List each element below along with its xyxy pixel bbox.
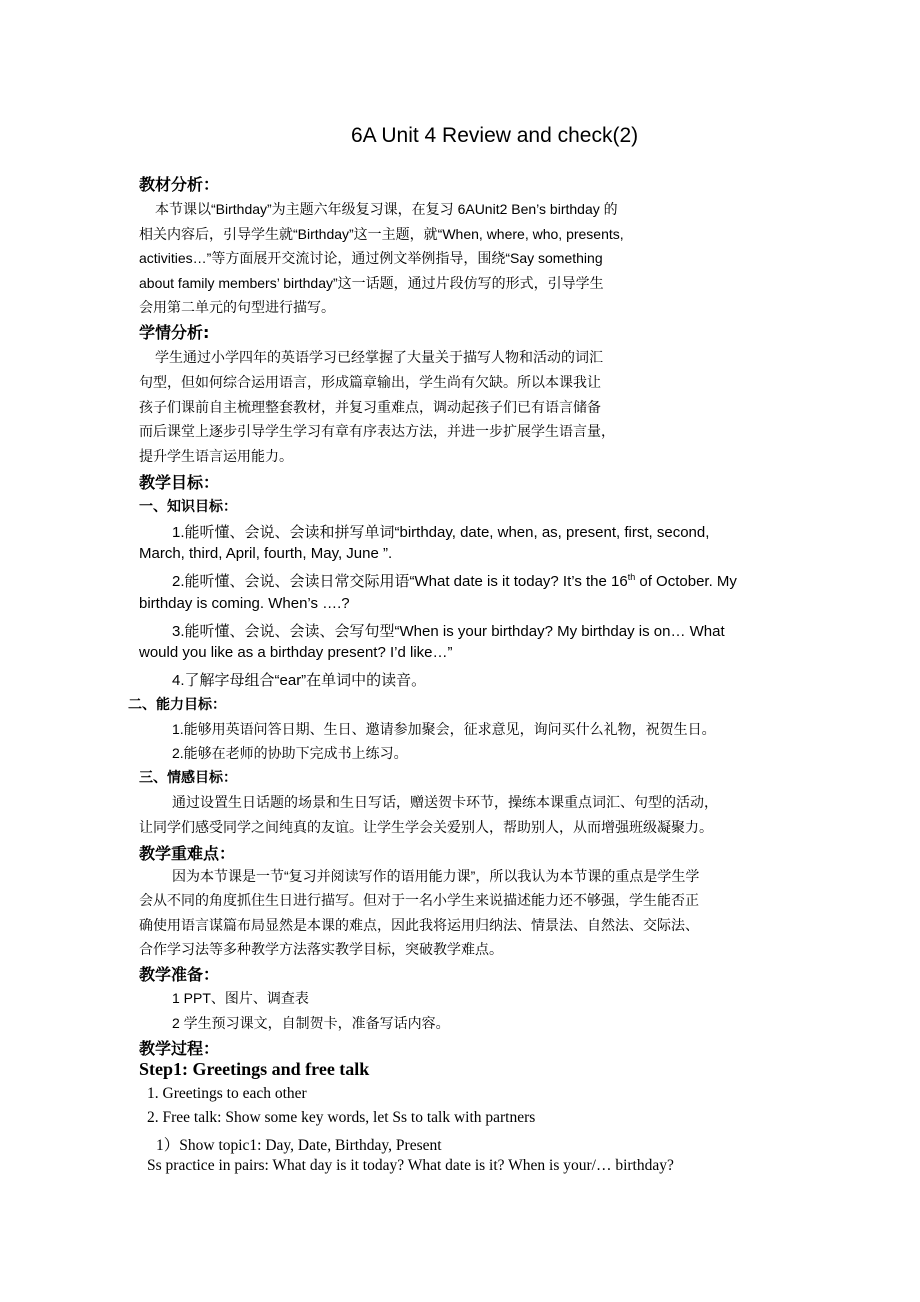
material-analysis-line: 相关内容后，引导学生就“Birthday”这一主题，就“When, where,… [139,224,624,244]
student-analysis-line: 提升学生语言运用能力。 [139,446,293,466]
step1-heading: Step1: Greetings and free talk [139,1059,369,1080]
teaching-goals-heading: 教学目标： [139,470,219,493]
emotion-line: 通过设置生日话题的场景和生日写话，赠送贺卡环节，操练本课重点词汇、句型的活动， [172,792,718,812]
emotion-line: 让同学们感受同学之间纯真的友谊。让学生学会关爱别人，帮助别人，从而增强班级凝聚力… [139,817,713,837]
knowledge-item-1-line2: March, third, April, fourth, May, June ”… [139,545,392,562]
student-analysis-line: 而后课堂上逐步引导学生学习有章有序表达方法，并进一步扩展学生语言量， [139,421,615,441]
document-title: 6A Unit 4 Review and check(2) [351,124,638,148]
step1-line: 2. Free talk: Show some key words, let S… [147,1109,535,1127]
preparation-item: 2 学生预习课文，自制贺卡，准备写话内容。 [172,1013,450,1033]
process-heading: 教学过程： [139,1036,219,1059]
student-analysis-line: 学生通过小学四年的英语学习已经掌握了大量关于描写人物和活动的词汇 [155,347,603,367]
ability-item: 2.能够在老师的协助下完成书上练习。 [172,743,408,763]
preparation-heading: 教学准备： [139,962,219,985]
knowledge-item-2-post: of October. My [635,573,737,590]
key-points-heading: 教学重难点： [139,841,235,864]
preparation-item: 1 PPT、图片、调查表 [172,988,309,1008]
knowledge-item-3-line1: 3.能听懂、会说、会读、会写句型“When is your birthday? … [172,620,725,641]
knowledge-item-2-pre: 2.能听懂、会说、会读日常交际用语“What date is it today?… [172,573,628,590]
knowledge-item-4: 4.了解字母组合“ear”在单词中的读音。 [172,669,426,690]
knowledge-item-1-line1: 1.能听懂、会说、会读和拼写单词“birthday, date, when, a… [172,521,709,542]
material-analysis-line: activities…”等方面展开交流讨论，通过例文举例指导，围绕“Say so… [139,248,603,268]
document-page: 6A Unit 4 Review and check(2) 教材分析： 本节课以… [0,0,920,1302]
knowledge-item-3-line2: would you like as a birthday present? I’… [139,644,453,661]
material-analysis-line: 会用第二单元的句型进行描写。 [139,297,335,317]
knowledge-item-2-line2: birthday is coming. When’s ….? [139,595,350,612]
step1-line: Ss practice in pairs: What day is it tod… [147,1157,674,1175]
ability-item: 1.能够用英语问答日期、生日、邀请参加聚会，征求意见，询问买什么礼物，祝贺生日。 [172,719,716,739]
step1-line: 1）Show topic1: Day, Date, Birthday, Pres… [156,1133,442,1155]
knowledge-goals-heading: 一、知识目标： [139,496,237,516]
key-points-line: 合作学习法等多种教学方法落实教学目标，突破教学难点。 [139,939,503,959]
knowledge-item-2-line1: 2.能听懂、会说、会读日常交际用语“What date is it today?… [172,570,737,591]
material-analysis-heading: 教材分析： [139,172,219,195]
student-analysis-heading: 学情分析: [139,320,209,343]
student-analysis-line: 句型，但如何综合运用语言，形成篇章输出，学生尚有欠缺。所以本课我让 [139,372,601,392]
material-analysis-line: about family members’ birthday”这一话题，通过片段… [139,273,604,293]
key-points-line: 会从不同的角度抓住生日进行描写。但对于一名小学生来说描述能力还不够强，学生能否正 [139,890,699,910]
ability-goals-heading: 二、能力目标： [128,694,226,714]
step1-line: 1. Greetings to each other [147,1085,307,1103]
student-analysis-line: 孩子们课前自主梳理整套教材，并复习重难点，调动起孩子们已有语言储备 [139,397,601,417]
key-points-line: 因为本节课是一节“复习并阅读写作的语用能力课”，所以我认为本节课的重点是学生学 [172,866,699,886]
material-analysis-line: 本节课以“Birthday”为主题六年级复习课，在复习 6AUnit2 Ben’… [155,199,618,219]
emotion-goals-heading: 三、情感目标： [139,767,237,787]
key-points-line: 确使用语言谋篇布局显然是本课的难点，因此我将运用归纳法、情景法、自然法、交际法、 [139,915,699,935]
